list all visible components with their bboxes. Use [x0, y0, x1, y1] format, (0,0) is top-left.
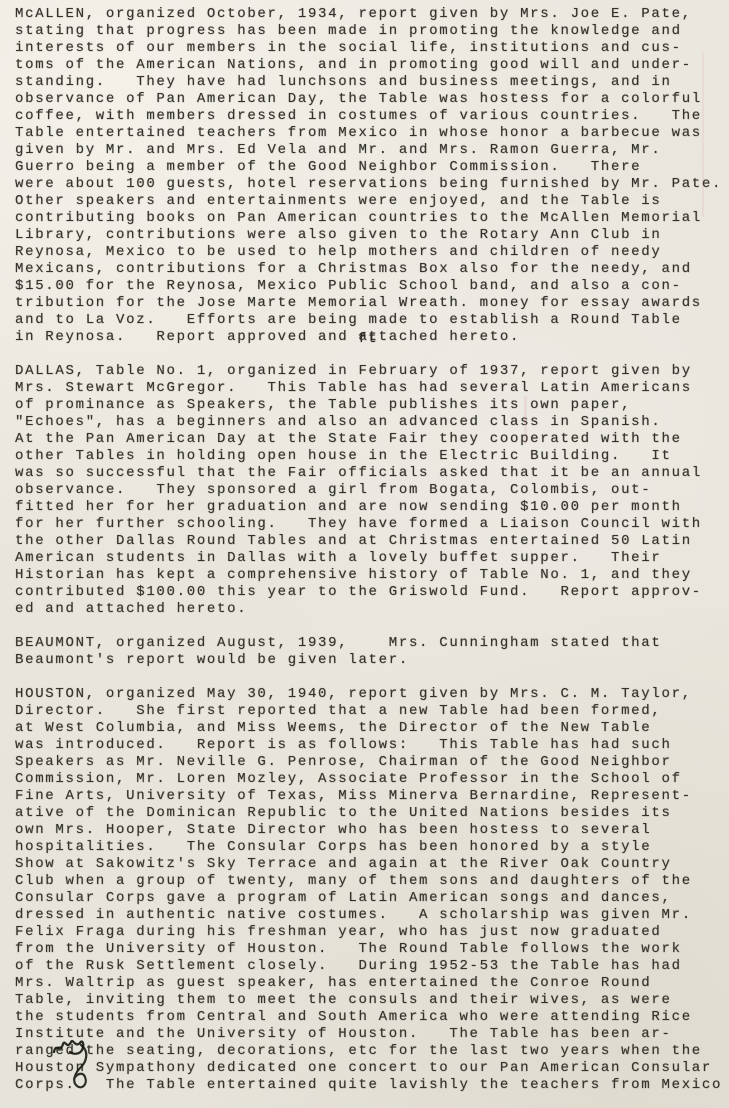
overstrike-correction: ft	[358, 331, 378, 348]
text-column: McALLEN, organized October, 1934, report…	[15, 6, 727, 1094]
typewritten-page: McALLEN, organized October, 1934, report…	[0, 0, 729, 1108]
paragraph-beaumont: BEAUMONT, organized August, 1939, Mrs. C…	[15, 635, 727, 669]
paragraph-dallas: DALLAS, Table No. 1, organized in Februa…	[15, 363, 727, 618]
paragraph-mcallen: McALLEN, organized October, 1934, report…	[15, 6, 727, 346]
handwritten-scribble-icon	[44, 1036, 114, 1094]
paragraph-houston: HOUSTON, organized May 30, 1940, report …	[15, 686, 727, 1094]
